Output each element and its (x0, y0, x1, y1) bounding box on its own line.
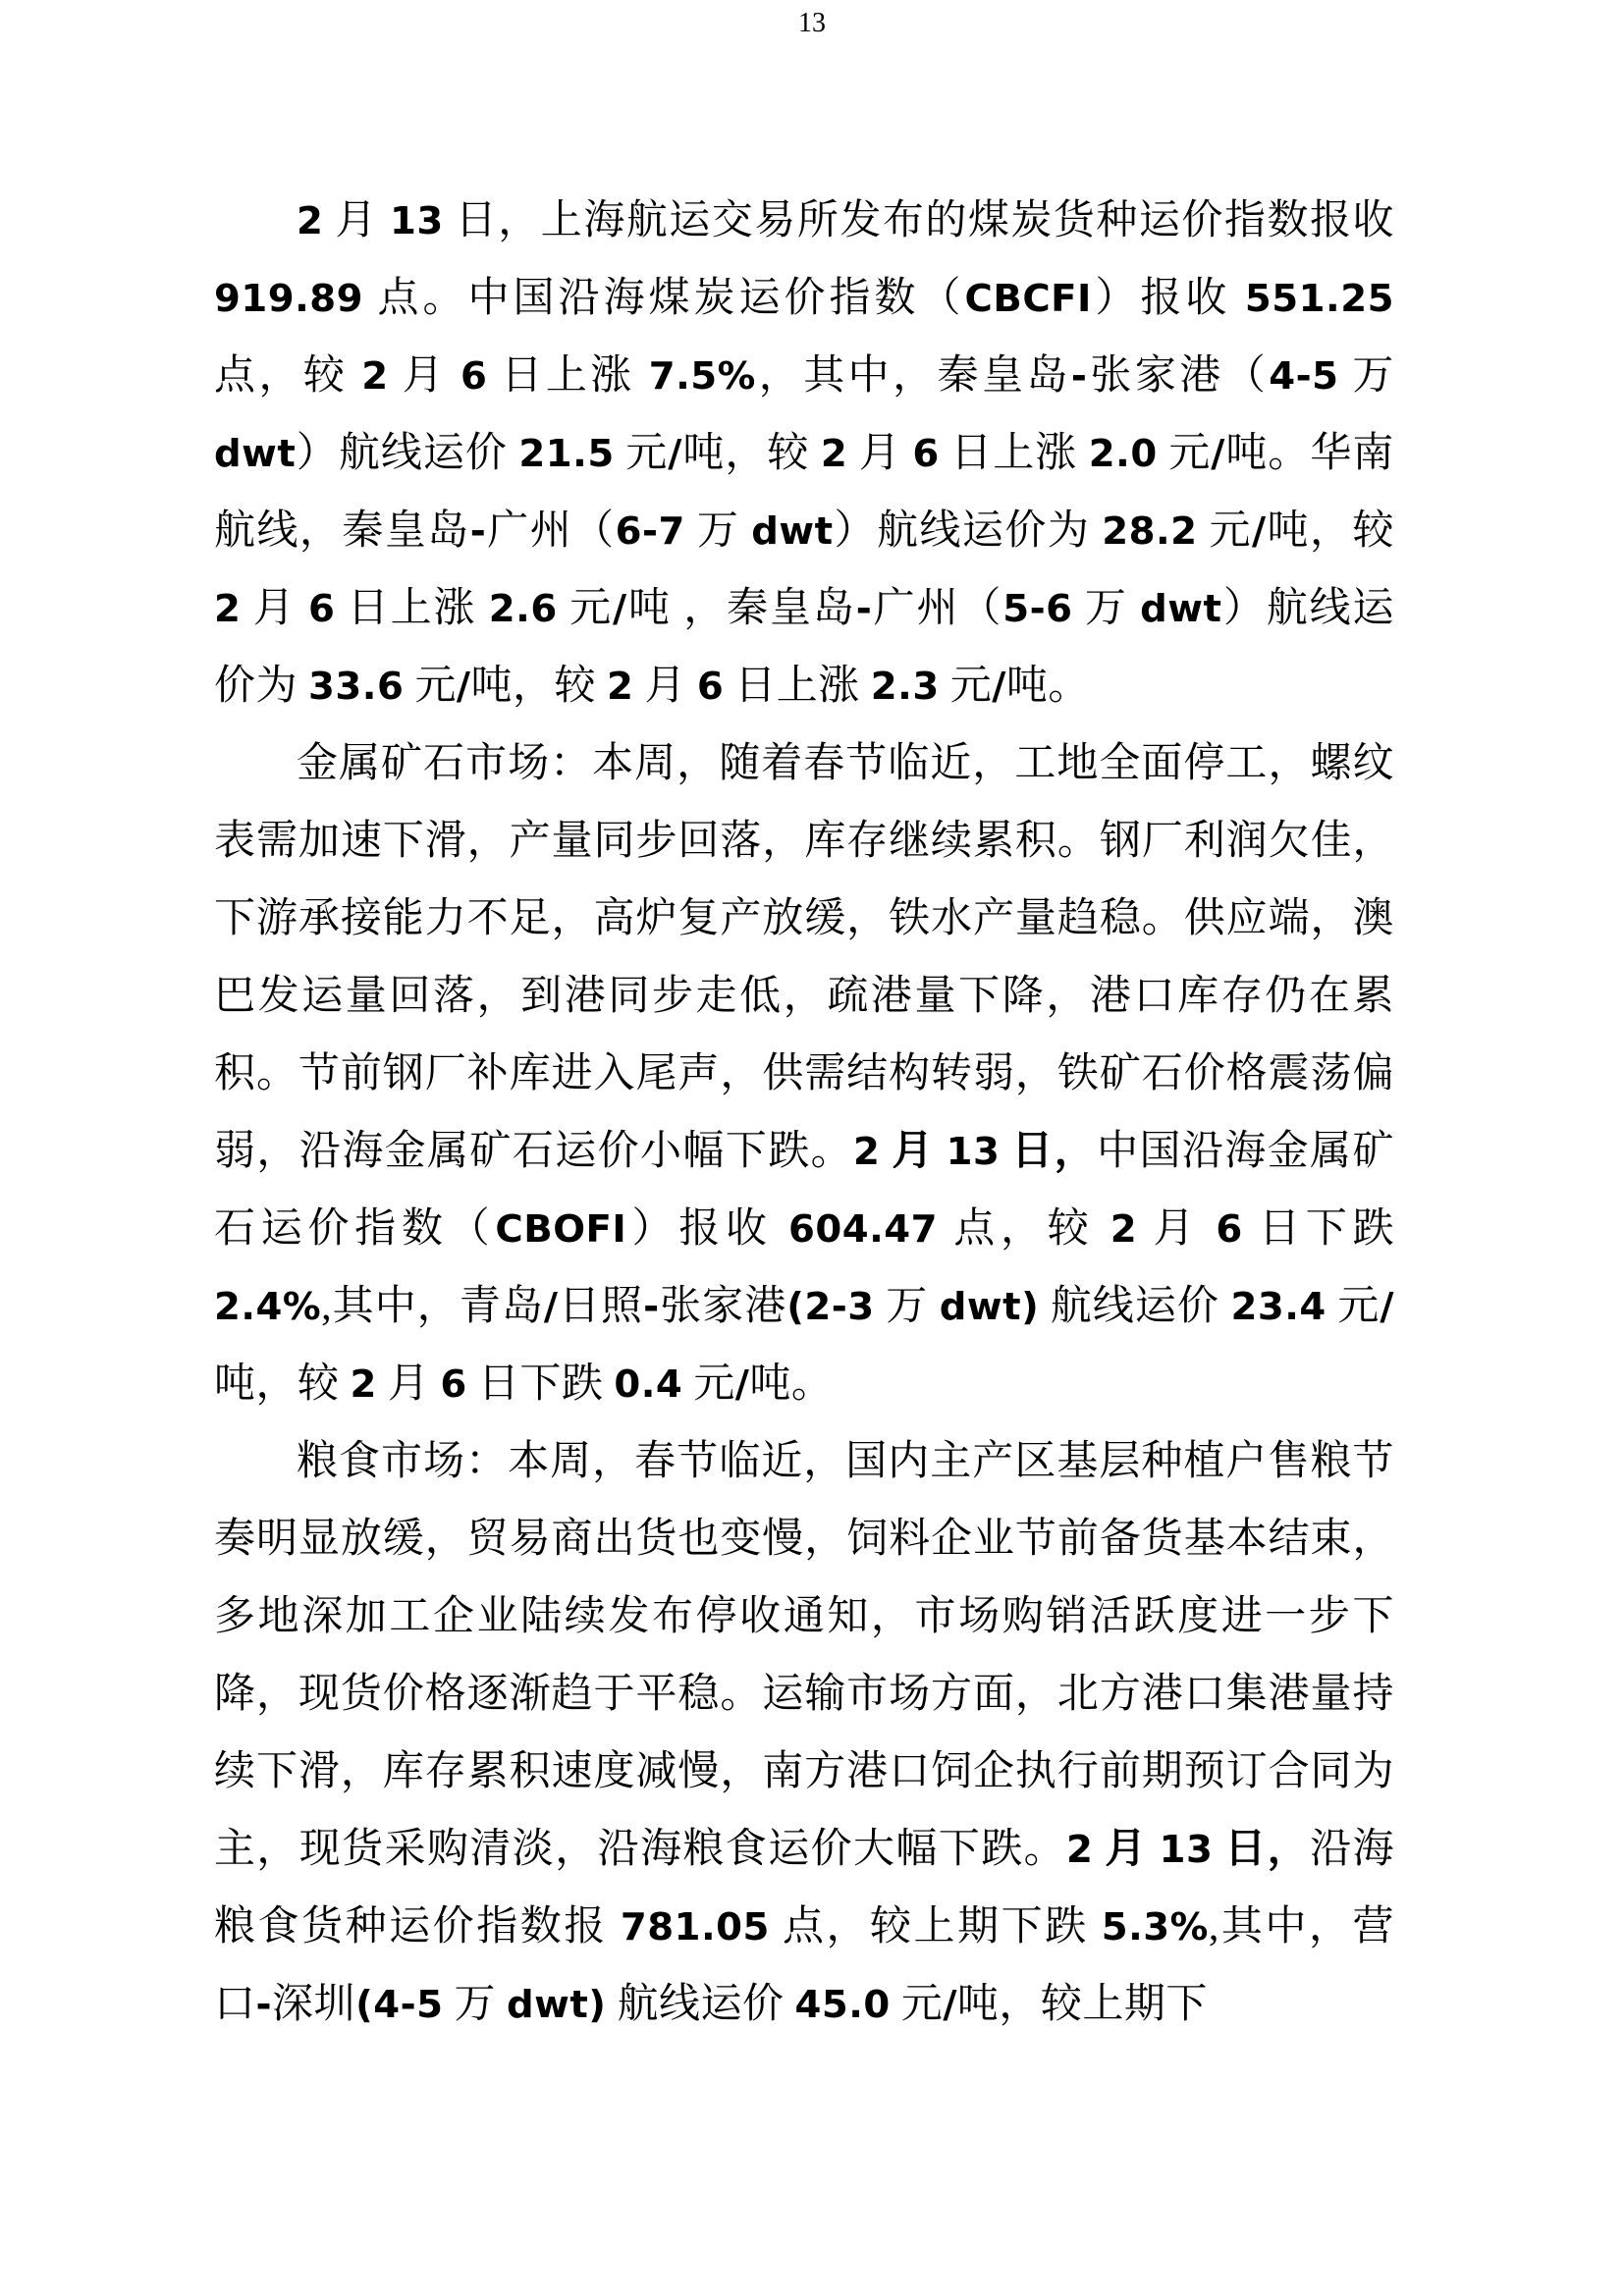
latin-numeric-text: / (457, 665, 471, 709)
emphasis-text: 2 月 13 日， (853, 1129, 1097, 1174)
latin-numeric-text: 6 (308, 587, 335, 631)
latin-numeric-text: 2 (361, 354, 388, 399)
latin-numeric-text: 2.3 (871, 665, 940, 709)
latin-numeric-text: 23.4 (1230, 1285, 1326, 1329)
latin-numeric-text: CBOFI (495, 1207, 626, 1252)
latin-numeric-text: 2 (607, 665, 633, 709)
latin-numeric-text: 2 (214, 587, 241, 631)
latin-numeric-text: (2-3 (786, 1285, 874, 1329)
paragraph-grain-market: 粮食市场：本周，春节临近，国内主产区基层种植户售粮节奏明显放缓，贸易商出货也变慢… (214, 1423, 1394, 2044)
latin-numeric-text: - (856, 587, 873, 631)
latin-numeric-text: 28.2 (1102, 509, 1197, 554)
page-number: 13 (0, 6, 1624, 41)
latin-numeric-text: 33.6 (308, 665, 404, 709)
latin-numeric-text: / (1252, 509, 1267, 554)
latin-numeric-text: / (1380, 1285, 1394, 1329)
latin-numeric-text: 13 (1160, 1828, 1214, 1872)
latin-numeric-text: dwt) (507, 1983, 606, 2027)
latin-numeric-text: 6-7 (616, 509, 685, 554)
latin-numeric-text: 919.89 (214, 277, 363, 321)
body-text: 粮食市场：本周，春节临近，国内主产区基层种植户售粮节奏明显放缓，贸易商出货也变慢… (214, 1439, 1394, 1872)
latin-numeric-text: 6 (1216, 1207, 1242, 1252)
latin-numeric-text: 6 (460, 354, 487, 399)
paragraph-coal-market: 2 月 13 日，上海航运交易所发布的煤炭货种运价指数报收 919.89 点。中… (214, 183, 1394, 725)
latin-numeric-text: dwt (1140, 587, 1221, 631)
latin-numeric-text: 6 (697, 665, 724, 709)
latin-numeric-text: 2 (351, 1362, 377, 1407)
body-text: 2 月 13 日，上海航运交易所发布的煤炭货种运价指数报收 919.89 点。中… (214, 198, 1394, 709)
latin-numeric-text: 13 (947, 1130, 1001, 1174)
latin-numeric-text: 5-6 (1002, 587, 1072, 631)
latin-numeric-text: 551.25 (1245, 277, 1394, 321)
document-body: 2 月 13 日，上海航运交易所发布的煤炭货种运价指数报收 919.89 点。中… (214, 183, 1394, 2044)
latin-numeric-text: 604.47 (788, 1207, 938, 1252)
latin-numeric-text: dwt (214, 432, 296, 476)
latin-numeric-text: - (256, 1983, 273, 2027)
latin-numeric-text: 2 (853, 1130, 880, 1174)
latin-numeric-text: - (470, 509, 487, 554)
latin-numeric-text: / (943, 1983, 957, 2027)
latin-numeric-text: 2.0 (1089, 432, 1158, 476)
latin-numeric-text: / (1211, 432, 1225, 476)
latin-numeric-text: (4-5 (355, 1983, 443, 2027)
document-page: 13 2 月 13 日，上海航运交易所发布的煤炭货种运价指数报收 919.89 … (0, 0, 1624, 2296)
latin-numeric-text: 781.05 (621, 1905, 770, 1949)
latin-numeric-text: 2 (297, 199, 323, 243)
latin-numeric-text: 5.3% (1102, 1905, 1209, 1949)
latin-numeric-text: - (1071, 354, 1088, 399)
emphasis-text: 2 月 13 日， (1066, 1827, 1310, 1872)
latin-numeric-text: 4-5 (1269, 354, 1338, 399)
latin-numeric-text: / (668, 432, 682, 476)
latin-numeric-text: 2 (1066, 1828, 1093, 1872)
latin-numeric-text: 45.0 (794, 1983, 890, 2027)
latin-numeric-text: 2 (821, 432, 847, 476)
latin-numeric-text: 2 (1110, 1207, 1137, 1252)
latin-numeric-text: dwt (751, 509, 833, 554)
latin-numeric-text: 6 (912, 432, 939, 476)
latin-numeric-text: 21.5 (518, 432, 614, 476)
paragraph-metal-ore-market: 金属矿石市场：本周，随着春节临近，工地全面停工，螺纹表需加速下滑，产量同步回落，… (214, 725, 1394, 1423)
latin-numeric-text: / (992, 665, 1006, 709)
latin-numeric-text: 0.4 (614, 1362, 682, 1407)
latin-numeric-text: CBCFI (965, 277, 1092, 321)
latin-numeric-text: 13 (390, 199, 444, 243)
latin-numeric-text: / (735, 1362, 750, 1407)
latin-numeric-text: - (643, 1285, 660, 1329)
latin-numeric-text: 7.5% (649, 354, 756, 399)
latin-numeric-text: dwt) (940, 1285, 1039, 1329)
latin-numeric-text: / (544, 1285, 559, 1329)
body-text: 金属矿石市场：本周，随着春节临近，工地全面停工，螺纹表需加速下滑，产量同步回落，… (214, 741, 1394, 1174)
latin-numeric-text: 6 (440, 1362, 466, 1407)
latin-numeric-text: 2.4% (214, 1285, 321, 1329)
latin-numeric-text: 2.6 (489, 587, 558, 631)
latin-numeric-text: / (613, 587, 627, 631)
